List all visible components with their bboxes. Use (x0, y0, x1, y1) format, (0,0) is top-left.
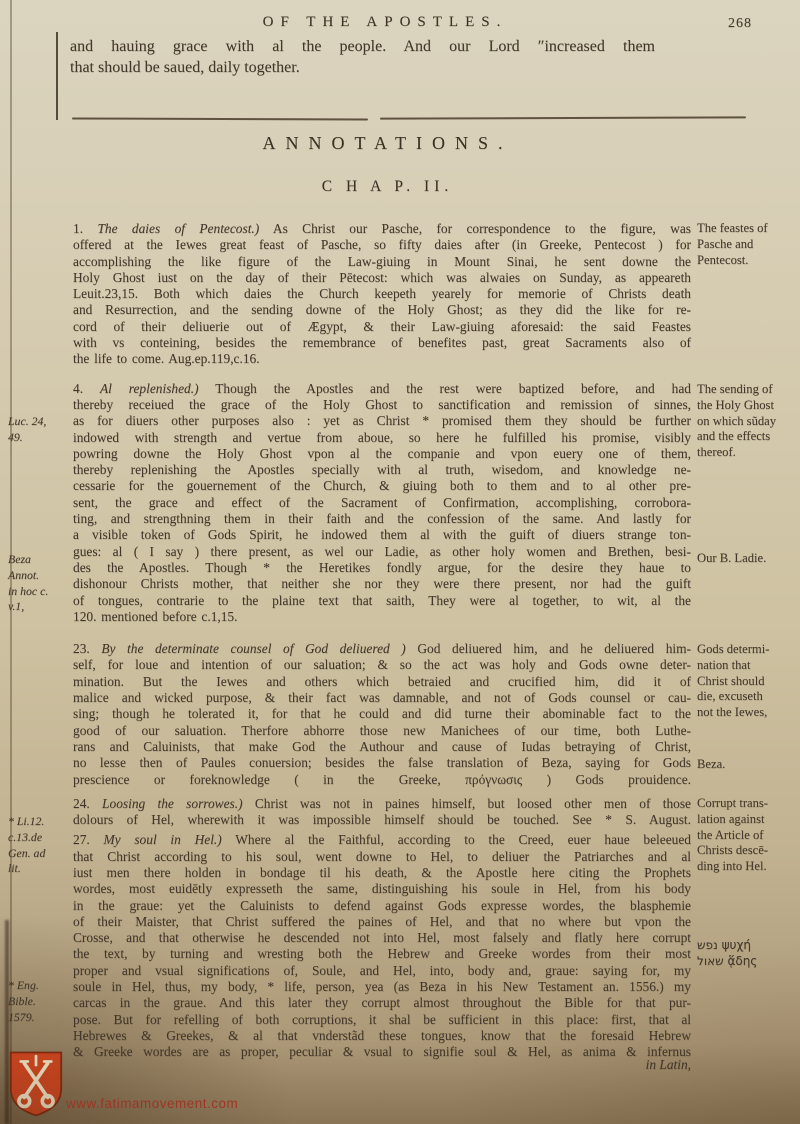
margin-note-sending-holy-ghost: The sending ofthe Holy Ghoston which sũd… (697, 382, 797, 461)
page-number: 268 (728, 16, 752, 32)
margin-note-our-ladie: Our B. Ladie. (697, 551, 797, 567)
margin-note-luke-ref: Luc. 24,49. (8, 414, 70, 446)
margin-note-augustine-ref: * Li.12.c.13.deGen. adlit. (8, 814, 70, 877)
running-title: OF THE APOSTLES. (0, 14, 770, 31)
margin-note-gods-determination: Gods determi-nation thatChrist shoulddie… (697, 642, 797, 721)
margin-note-english-bible: * Eng.Bible.1579. (8, 978, 70, 1025)
chapter-heading: C H A P. II. (0, 178, 775, 196)
verse-left-rule (56, 32, 58, 120)
annotations-body: 1. The daies of Pentecost.) As Christ ou… (73, 221, 691, 1061)
section-divider-left (72, 117, 368, 120)
margin-note-corrupt-translation: Corrupt trans-lation againstthe Article … (697, 796, 797, 875)
scanned-page: OF THE APOSTLES. 268 and hauing grace wi… (0, 0, 800, 1124)
section-divider-right (380, 116, 746, 119)
margin-note-hebrew-greek: נפש ψυχήשאול ᾅδης (697, 938, 797, 970)
margin-note-feasts: The feastes ofPasche andPentecost. (697, 221, 797, 268)
bottom-shadow (0, 1044, 800, 1124)
margin-note-beza: Beza. (697, 757, 797, 773)
annotations-title: ANNOTATIONS. (0, 133, 775, 154)
verse-text: and hauing grace with al the people. And… (70, 36, 655, 78)
margin-note-beza-annot: BezaAnnot.in hoc c.v.1, (8, 552, 70, 615)
